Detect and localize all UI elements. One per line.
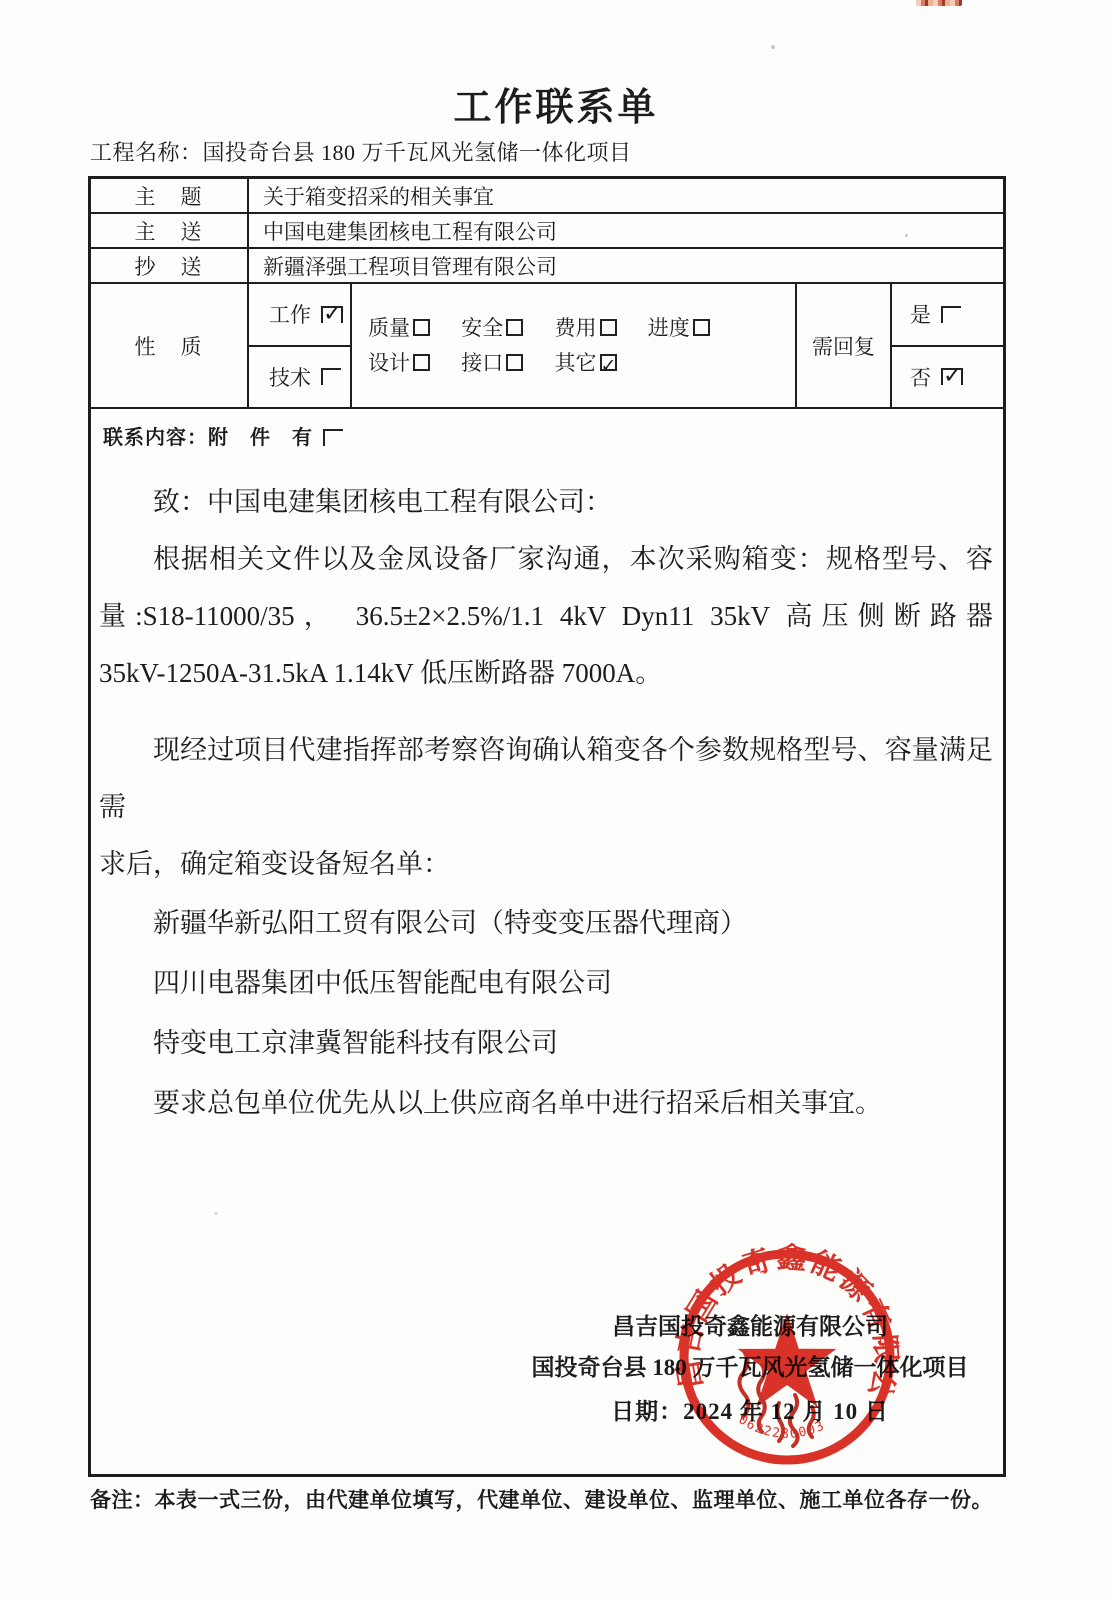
reply-no-checkbox-checked-icon xyxy=(941,368,963,385)
nature-category-column: 质量 安全 费用 进度 设计 接口 其它 xyxy=(352,284,797,407)
quality-checkbox-icon xyxy=(413,319,430,336)
footer-note: 备注：本表一式三份，由代建单位填写，代建单位、建设单位、监理单位、施工单位各存一… xyxy=(90,1484,993,1514)
reply-no: 否 xyxy=(892,347,1003,408)
letter-body: 致：中国电建集团核电工程有限公司： 根据相关文件以及金凤设备厂家沟通，本次采购箱… xyxy=(91,474,1003,1133)
scan-speck xyxy=(771,45,775,49)
main-recipient-value: 中国电建集团核电工程有限公司 xyxy=(249,214,1003,247)
table-row-main-recipient: 主 送 中国电建集团核电工程有限公司 xyxy=(91,214,1003,249)
content-label: 联系内容： xyxy=(103,427,208,449)
paragraph1-line2: 量:S18-11000/35， 36.5±2×2.5%/1.1 4kV Dyn1… xyxy=(99,588,993,645)
cc-recipient-label: 抄 送 xyxy=(91,249,249,282)
category-safety: 安全 xyxy=(461,316,523,340)
table-row-subject: 主 题 关于箱变招采的相关事宜 xyxy=(91,179,1003,214)
table-row-nature: 性 质 工作 技术 质量 安全 费用 进度 xyxy=(91,284,1003,409)
category-other: 其它 xyxy=(555,351,617,375)
nature-type-tech: 技术 xyxy=(249,347,350,408)
paragraph2-line2: 求后，确定箱变设备短名单： xyxy=(99,836,993,893)
supplier-item-3: 特变电工京津冀智能科技有限公司 xyxy=(99,1013,993,1073)
design-checkbox-icon xyxy=(413,354,430,371)
closing-line: 要求总包单位优先从以上供应商名单中进行招采后相关事宜。 xyxy=(99,1073,993,1133)
supplier-item-1: 新疆华新弘阳工贸有限公司（特变变压器代理商） xyxy=(99,893,993,953)
project-name-label: 工程名称： xyxy=(90,140,203,165)
nature-label: 性 质 xyxy=(91,284,249,407)
cost-label: 费用 xyxy=(555,316,597,340)
reply-yes-label: 是 xyxy=(910,299,931,329)
reply-yes-checkbox-empty-icon xyxy=(941,306,961,323)
tech-checkbox-empty-icon xyxy=(321,368,341,385)
nature-type-column: 工作 技术 xyxy=(249,284,352,407)
reply-no-label: 否 xyxy=(910,362,931,392)
paragraph1-line1: 根据相关文件以及金凤设备厂家沟通，本次采购箱变：规格型号、容 xyxy=(99,531,993,588)
category-quality: 质量 xyxy=(368,316,430,340)
tech-label: 技术 xyxy=(269,362,311,392)
category-line-2: 设计 接口 其它 xyxy=(368,346,795,381)
other-checkbox-checked-icon xyxy=(600,354,617,371)
interface-label: 接口 xyxy=(461,351,503,375)
attachment-line: 联系内容：附 件 有 xyxy=(103,421,1003,450)
seal-star-icon xyxy=(738,1313,837,1407)
category-design: 设计 xyxy=(368,351,430,375)
reply-yes: 是 xyxy=(892,284,1003,347)
table-row-cc-recipient: 抄 送 新疆泽强工程项目管理有限公司 xyxy=(91,249,1003,284)
interface-checkbox-icon xyxy=(506,354,523,371)
main-recipient-label: 主 送 xyxy=(91,214,249,247)
schedule-checkbox-icon xyxy=(693,319,710,336)
supplier-item-2: 四川电器集团中低压智能配电有限公司 xyxy=(99,953,993,1013)
attachment-label: 附 件 有 xyxy=(208,427,313,449)
cost-checkbox-icon xyxy=(600,319,617,336)
category-line-1: 质量 安全 费用 进度 xyxy=(368,311,795,346)
subject-label: 主 题 xyxy=(91,179,249,212)
category-schedule: 进度 xyxy=(648,316,710,340)
page-title: 工作联系单 xyxy=(0,76,1112,131)
work-label: 工作 xyxy=(269,299,311,329)
paragraph2-line1: 现经过项目代建指挥部考察咨询确认箱变各个参数规格型号、容量满足需 xyxy=(99,722,993,836)
safety-label: 安全 xyxy=(461,316,503,340)
salutation-line: 致：中国电建集团核电工程有限公司： xyxy=(99,474,993,531)
other-label: 其它 xyxy=(555,351,597,375)
work-checkbox-checked-icon xyxy=(321,306,343,323)
project-name-line: 工程名称：国投奇台县 180 万千瓦风光氢储一体化项目 xyxy=(90,136,632,167)
project-name-value: 国投奇台县 180 万千瓦风光氢储一体化项目 xyxy=(203,140,632,165)
quality-label: 质量 xyxy=(368,316,410,340)
attachment-checkbox-empty-icon xyxy=(323,429,343,446)
reply-required-label: 需回复 xyxy=(797,284,892,407)
cc-recipient-value: 新疆泽强工程项目管理有限公司 xyxy=(249,249,1003,282)
safety-checkbox-icon xyxy=(506,319,523,336)
reply-column: 是 否 xyxy=(892,284,1003,407)
category-cost: 费用 xyxy=(555,316,617,340)
company-seal: 昌吉国投奇鑫能源有限公司 0622280003 xyxy=(667,1237,907,1477)
category-interface: 接口 xyxy=(461,351,523,375)
schedule-label: 进度 xyxy=(648,316,690,340)
paragraph1-line3: 35kV-1250A-31.5kA 1.14kV 低压断路器 7000A。 xyxy=(99,645,993,702)
scan-smudge xyxy=(916,0,962,6)
design-label: 设计 xyxy=(368,351,410,375)
subject-value: 关于箱变招采的相关事宜 xyxy=(249,179,1003,212)
nature-type-work: 工作 xyxy=(249,284,350,347)
